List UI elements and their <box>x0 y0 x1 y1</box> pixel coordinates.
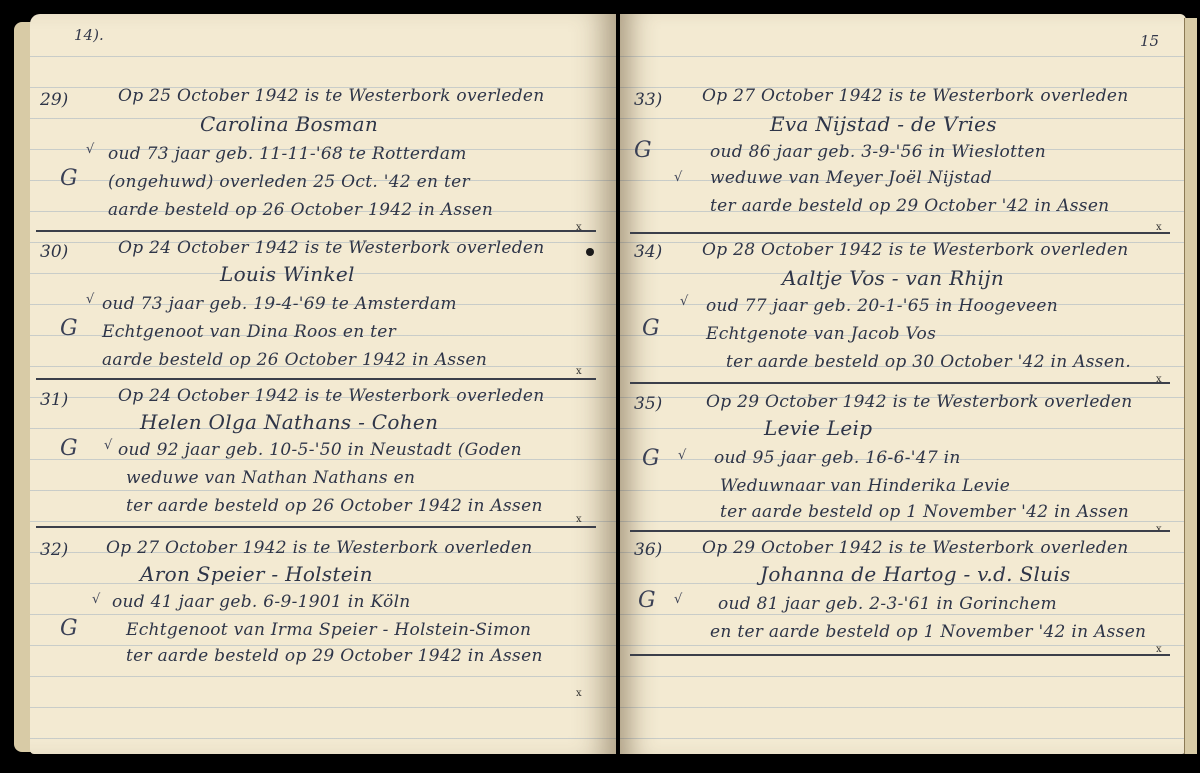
tick-mark-icon: √ <box>86 142 94 157</box>
entry-divider <box>630 654 1170 656</box>
entry-line-burial: ter aarde besteld op 1 November '42 in A… <box>720 502 1129 522</box>
entry-line-death: Op 27 October 1942 is te Westerbork over… <box>106 538 533 558</box>
entry-line-age: oud 86 jaar geb. 3-9-'56 in Wieslotten <box>710 142 1046 162</box>
entry-line-death: Op 29 October 1942 is te Westerbork over… <box>706 392 1133 412</box>
page-number-left: 14). <box>74 26 104 44</box>
margin-mark-icon: G <box>642 316 660 341</box>
entry-name: Carolina Bosman <box>200 112 378 136</box>
tick-mark-icon: √ <box>86 292 94 307</box>
tick-mark-icon: √ <box>674 592 682 607</box>
entry-number: 30) <box>40 242 68 262</box>
register-entry: 34) Op 28 October 1942 is te Westerbork … <box>634 238 1174 388</box>
entry-line-death: Op 24 October 1942 is te Westerbork over… <box>118 238 545 258</box>
entry-line-age: oud 73 jaar geb. 11-11-'68 te Rotterdam <box>108 144 467 164</box>
entry-line-relation: Weduwnaar van Hinderika Levie <box>720 476 1010 496</box>
entry-line-age: oud 41 jaar geb. 6-9-1901 in Köln <box>112 592 411 612</box>
entry-line-death: Op 27 October 1942 is te Westerbork over… <box>702 86 1129 106</box>
entry-line-death: Op 24 October 1942 is te Westerbork over… <box>118 386 545 406</box>
entry-name: Aron Speier - Holstein <box>140 562 373 586</box>
end-mark-icon: x <box>576 366 582 377</box>
entry-name: Johanna de Hartog - v.d. Sluis <box>760 562 1071 586</box>
entry-divider <box>36 526 596 528</box>
entry-line-relation: weduwe van Meyer Joël Nijstad <box>710 168 992 188</box>
tick-mark-icon: √ <box>678 448 686 463</box>
entry-divider <box>630 232 1170 234</box>
margin-mark-icon: G <box>60 436 78 461</box>
register-entry: 35) Op 29 October 1942 is te Westerbork … <box>634 388 1174 538</box>
entry-line-relation: (ongehuwd) overleden 25 Oct. '42 en ter <box>108 172 470 192</box>
register-entry: 29) Op 25 October 1942 is te Westerbork … <box>40 84 600 234</box>
left-page: 14). 29) Op 25 October 1942 is te Wester… <box>30 14 616 754</box>
entry-line-age: oud 81 jaar geb. 2-3-'61 in Gorinchem <box>718 594 1057 614</box>
entry-line-death: Op 28 October 1942 is te Westerbork over… <box>702 240 1129 260</box>
tick-mark-icon: √ <box>92 592 100 607</box>
register-entry: 36) Op 29 October 1942 is te Westerbork … <box>634 536 1174 656</box>
page-number-right: 15 <box>1140 32 1159 50</box>
entry-number: 36) <box>634 540 662 560</box>
tick-mark-icon: √ <box>680 294 688 309</box>
entry-divider <box>630 382 1170 384</box>
ink-blot <box>586 248 594 256</box>
entry-number: 35) <box>634 394 662 414</box>
margin-mark-icon: G <box>60 616 78 641</box>
entry-number: 34) <box>634 242 662 262</box>
entry-line-death: Op 29 October 1942 is te Westerbork over… <box>702 538 1129 558</box>
margin-mark-icon: G <box>642 446 660 471</box>
entry-line-death: Op 25 October 1942 is te Westerbork over… <box>118 86 545 106</box>
entry-line-age: oud 95 jaar geb. 16-6-'47 in <box>714 448 961 468</box>
margin-mark-icon: G <box>60 166 78 191</box>
entry-divider <box>36 378 596 380</box>
end-mark-icon: x <box>576 688 582 699</box>
entry-line-relation: Echtgenote van Jacob Vos <box>706 324 936 344</box>
entry-line-age: oud 77 jaar geb. 20-1-'65 in Hoogeveen <box>706 296 1058 316</box>
margin-mark-icon: G <box>638 588 656 613</box>
right-page: 15 33) Op 27 October 1942 is te Westerbo… <box>620 14 1186 754</box>
register-entry: 31) Op 24 October 1942 is te Westerbork … <box>40 384 600 534</box>
entry-line-relation: weduwe van Nathan Nathans en <box>126 468 415 488</box>
register-entry: 32) Op 27 October 1942 is te Westerbork … <box>40 532 600 692</box>
entry-line-burial: aarde besteld op 26 October 1942 in Asse… <box>108 200 493 220</box>
entry-number: 32) <box>40 540 68 560</box>
entry-line-relation: Echtgenoot van Dina Roos en ter <box>102 322 396 342</box>
open-notebook: 14). 29) Op 25 October 1942 is te Wester… <box>14 14 1196 756</box>
entry-number: 33) <box>634 90 662 110</box>
entry-line-burial: en ter aarde besteld op 1 November '42 i… <box>710 622 1146 642</box>
entry-line-burial: ter aarde besteld op 29 October '42 in A… <box>710 196 1109 216</box>
margin-mark-icon: G <box>634 138 652 163</box>
entry-line-burial: ter aarde besteld op 30 October '42 in A… <box>726 352 1131 372</box>
entry-line-burial: aarde besteld op 26 October 1942 in Asse… <box>102 350 487 370</box>
register-entry: 33) Op 27 October 1942 is te Westerbork … <box>634 84 1174 234</box>
entry-line-relation: Echtgenoot van Irma Speier - Holstein-Si… <box>126 620 531 640</box>
entry-name: Eva Nijstad - de Vries <box>770 112 997 136</box>
register-entry: 30) Op 24 October 1942 is te Westerbork … <box>40 236 600 386</box>
entry-name: Levie Leip <box>764 416 872 440</box>
entry-line-burial: ter aarde besteld op 26 October 1942 in … <box>126 496 543 516</box>
entry-name: Aaltje Vos - van Rhijn <box>782 266 1004 290</box>
entry-line-age: oud 73 jaar geb. 19-4-'69 te Amsterdam <box>102 294 457 314</box>
entry-line-age: oud 92 jaar geb. 10-5-'50 in Neustadt (G… <box>118 440 522 460</box>
entry-divider <box>36 230 596 232</box>
entry-name: Louis Winkel <box>220 262 355 286</box>
margin-mark-icon: G <box>60 316 78 341</box>
entry-line-burial: ter aarde besteld op 29 October 1942 in … <box>126 646 543 666</box>
right-page-edge <box>1184 18 1197 754</box>
entry-name: Helen Olga Nathans - Cohen <box>140 410 438 434</box>
entry-number: 29) <box>40 90 68 110</box>
end-mark-icon: x <box>576 514 582 525</box>
entry-number: 31) <box>40 390 68 410</box>
tick-mark-icon: √ <box>674 170 682 185</box>
tick-mark-icon: √ <box>104 438 112 453</box>
entry-divider <box>630 530 1170 532</box>
